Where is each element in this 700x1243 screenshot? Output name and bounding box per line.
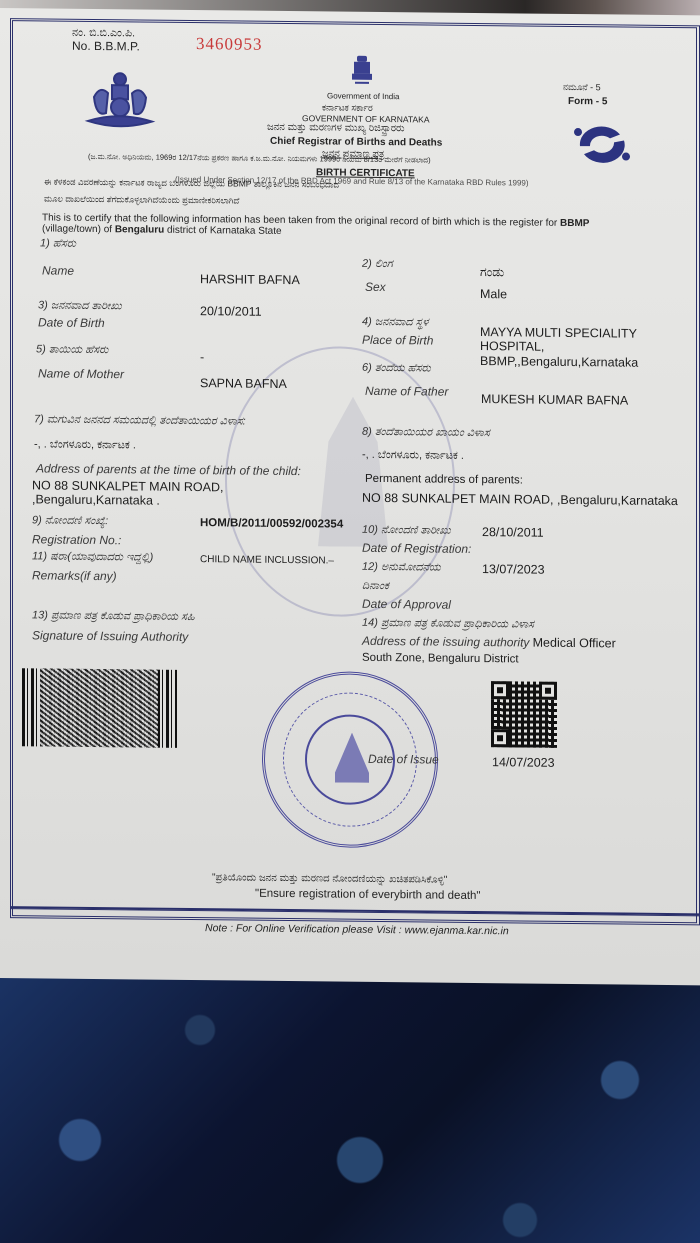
authority-address-value: Medical Officer <box>533 636 616 651</box>
gov-india-text: Government of India <box>327 91 399 101</box>
registrar-kn: ಜನನ ಮತ್ತು ಮರಣಗಳ ಮುಖ್ಯ ರಿಜಿಸ್ಟ್ರಾರರು <box>267 122 405 134</box>
mother-label-kn: 5) ತಾಯಿಯ ಹೆಸರು <box>36 343 108 357</box>
remarks-label: Remarks(if any) <box>32 568 117 583</box>
signature-label-kn: 13) ಪ್ರಮಾಣ ಪತ್ರ ಕೊಡುವ ಪ್ರಾಧಿಕಾರಿಯ ಸಹಿ <box>32 609 195 624</box>
slogan-en: "Ensure registration of everybirth and d… <box>255 888 481 902</box>
serial-label-en: No. B.B.M.P. <box>72 39 140 54</box>
authority-address-zone: South Zone, Bengaluru District <box>362 652 519 666</box>
authority-address-label-kn: 14) ಪ್ರಮಾಣ ಪತ್ರ ಕೊಡುವ ಪ್ರಾಧಿಕಾರಿಯ ವಿಳಾಸ <box>362 617 534 632</box>
sex-value: Male <box>480 287 507 301</box>
india-emblem-icon <box>349 54 375 88</box>
birth-certificate-document: ನಂ. ಬಿ.ಬಿ.ಎಂ.ಪಿ. No. B.B.M.P. 3460953 Go… <box>0 8 700 985</box>
mother-value-kn: - <box>200 350 204 364</box>
place-value-line-3: BBMP,,Bengaluru,Karnataka <box>480 354 638 370</box>
sex-value-kn: ಗಂಡು <box>480 265 504 280</box>
dob-label: Date of Birth <box>38 315 105 330</box>
sex-label-kn: 2) ಲಿಂಗ <box>362 258 393 271</box>
issue-date-value: 14/07/2023 <box>492 755 555 770</box>
certify-en-district: Bengaluru <box>115 224 164 236</box>
father-label: Name of Father <box>365 384 448 399</box>
birth-address-line-2: ,Bengaluru,Karnataka . <box>32 492 160 507</box>
dob-label-kn: 3) ಜನನವಾದ ತಾರೀಖು <box>38 299 122 313</box>
sex-label: Sex <box>365 280 386 294</box>
authority-address-label: Address of the issuing authority <box>362 634 529 650</box>
approval-label-kn: 12) ಅನುಮೋದನೆಯ <box>362 561 441 575</box>
gov-karnataka-kn: ಕರ್ನಾಟಕ ಸರ್ಕಾರ <box>322 102 373 114</box>
reg-no-label: Registration No.: <box>32 532 121 547</box>
place-label-kn: 4) ಜನನವಾದ ಸ್ಥಳ <box>362 316 429 330</box>
mother-label: Name of Mother <box>38 366 124 381</box>
certify-kn-line-2: ಮೂಲ ದಾಖಲೆಯಿಂದ ತೆಗೆದುಕೊಳ್ಳಲಾಗಿದೆಯೆಂದು ಪ್ರ… <box>44 193 239 206</box>
permanent-address-value-kn: -, . ಬೆಂಗಳೂರು, ಕರ್ನಾಟಕ . <box>362 449 464 463</box>
ejanma-logo-icon <box>570 122 634 165</box>
reg-no-label-kn: 9) ನೋಂದಣಿ ಸಂಖ್ಯೆ: <box>32 514 108 528</box>
form-number-en: Form - 5 <box>568 96 607 107</box>
place-label: Place of Birth <box>362 333 433 348</box>
father-value: MUKESH KUMAR BAFNA <box>481 392 628 408</box>
remarks-value: CHILD NAME INCLUSSION.– <box>200 554 334 566</box>
reg-date-value: 28/10/2011 <box>482 525 544 540</box>
name-value: HARSHIT BAFNA <box>200 272 300 287</box>
name-label-kn: 1) ಹೆಸರು <box>40 237 76 250</box>
issue-date-label: Date of Issue <box>368 752 439 767</box>
certify-en-bbmp: BBMP <box>560 218 589 229</box>
reg-date-label-kn: 10) ನೋಂದಣಿ ತಾರೀಖು <box>362 524 451 538</box>
approval-label-kn-2: ದಿನಾಂಕ <box>362 580 389 593</box>
name-label: Name <box>42 263 74 277</box>
place-value-line-2: HOSPITAL, <box>480 339 544 354</box>
registrar-en: Chief Registrar of Births and Deaths <box>270 136 442 149</box>
form-number-kn: ನಮೂನೆ - 5 <box>563 82 601 93</box>
karnataka-emblem-icon <box>84 69 156 130</box>
qr-code-icon[interactable] <box>491 681 557 748</box>
background-cloth <box>0 960 700 1243</box>
dob-value: 20/10/2011 <box>200 304 262 319</box>
verification-note[interactable]: Note : For Online Verification please Vi… <box>205 922 509 937</box>
birth-address-value-kn: -, . ಬೆಂಗಳೂರು, ಕರ್ನಾಟಕ . <box>34 438 136 452</box>
remarks-label-kn: 11) ಷರಾ(ಯಾವುದಾದರು ಇದ್ದಲ್ಲಿ) <box>32 550 153 564</box>
birth-address-label-kn: 7) ಮಗುವಿನ ಜನನದ ಸಮಯದಲ್ಲಿ ತಂದೆತಾಯಿಯರ ವಿಳಾಸ… <box>34 413 246 428</box>
permanent-address-label: Permanent address of parents: <box>365 473 523 487</box>
reg-no-value: HOM/B/2011/00592/002354 <box>200 517 343 530</box>
permanent-address-label-kn: 8) ತಂದೆತಾಯಿಯರ ಖಾಯಂ ವಿಳಾಸ <box>362 426 490 440</box>
mother-value: SAPNA BAFNA <box>200 376 287 391</box>
birth-address-label: Address of parents at the time of birth … <box>36 461 301 478</box>
approval-value: 13/07/2023 <box>482 562 545 577</box>
barcode-icon <box>22 668 177 748</box>
reg-date-label: Date of Registration: <box>362 541 471 556</box>
signature-label: Signature of Issuing Authority <box>32 628 188 644</box>
serial-number: 3460953 <box>196 34 263 55</box>
father-label-kn: 6) ತಂದೆಯ ಹೆಸರು <box>362 362 431 376</box>
certify-en-line-2b: district of Karnataka State <box>167 225 282 237</box>
certify-en-line-2a: (village/town) of <box>42 223 112 235</box>
approval-label: Date of Approval <box>362 597 451 612</box>
